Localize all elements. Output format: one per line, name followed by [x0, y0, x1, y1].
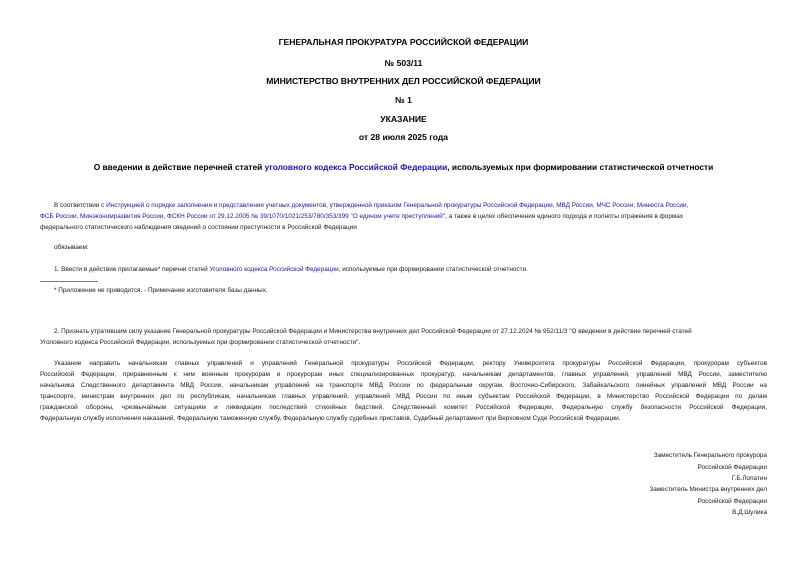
signature-position: Заместитель Министра внутренних дел — [649, 484, 767, 496]
distribution-line: Российской Федерации, приравненным к ним… — [40, 369, 767, 380]
distribution-line: гражданской обороны, чрезвычайным ситуац… — [40, 402, 767, 413]
title-criminal-code-link[interactable]: уголовного кодекса Российской Федерации — [265, 162, 448, 172]
obligate-text: обязываем: — [54, 242, 89, 253]
distribution-line: начальника Следственного департамента МВ… — [40, 380, 767, 391]
item-2-line-1: 2. Признать утратившим силу указание Ген… — [40, 326, 692, 337]
signature-name: В.Д.Шулика — [649, 507, 767, 519]
signature-org: Российской Федерации — [649, 496, 767, 508]
signature-block-ministry: Заместитель Министра внутренних дел Росс… — [649, 484, 767, 519]
title-text-post: , используемых при формировании статисти… — [447, 162, 713, 172]
item-1: 1. Ввести в действие прилагаемые* перечн… — [54, 264, 528, 275]
header-number-prosecutor: № 503/11 — [0, 58, 807, 69]
signature-org: Российской Федерации — [654, 462, 767, 474]
distribution-line: Федеральную службу исполнения наказаний,… — [40, 413, 767, 424]
header-number-ministry: № 1 — [0, 95, 807, 106]
intro-line-1: В соответствии с Инструкцией о порядке з… — [40, 200, 770, 211]
document-page: ГЕНЕРАЛЬНАЯ ПРОКУРАТУРА РОССИЙСКОЙ ФЕДЕР… — [0, 0, 807, 571]
signature-name: Г.Б.Лопатин — [654, 473, 767, 485]
instruction-link[interactable]: Инструкцией о порядке заполнения и предс… — [106, 202, 688, 209]
document-title: О введении в действие перечней статей уг… — [0, 162, 807, 173]
distribution-line: Указание направить начальникам главных у… — [40, 358, 767, 369]
item-2: 2. Признать утратившим силу указание Ген… — [40, 326, 692, 348]
document-type: УКАЗАНИЕ — [0, 114, 807, 125]
signature-position: Заместитель Генерального прокурора — [654, 450, 767, 462]
order-link[interactable]: ФСБ России, Минэкономразвития России, ФС… — [40, 213, 445, 220]
footnote-divider — [40, 281, 98, 282]
item-1-text: 1. Ввести в действие прилагаемые* перечн… — [54, 266, 209, 273]
item-1-text-post: , используемые при формировании статисти… — [339, 266, 528, 273]
criminal-code-link[interactable]: Уголовного кодекса Российской Федерации — [209, 266, 338, 273]
intro-line-2: ФСБ России, Минэкономразвития России, ФС… — [40, 211, 770, 222]
header-org-prosecutor: ГЕНЕРАЛЬНАЯ ПРОКУРАТУРА РОССИЙСКОЙ ФЕДЕР… — [0, 37, 807, 48]
title-text-pre: О введении в действие перечней статей — [94, 162, 265, 172]
signature-block-prosecutor: Заместитель Генерального прокурора Росси… — [654, 450, 767, 485]
distribution-paragraph: Указание направить начальникам главных у… — [40, 358, 767, 424]
intro-text: , а также в целях обеспечения единого по… — [445, 213, 683, 220]
intro-paragraph: В соответствии с Инструкцией о порядке з… — [40, 200, 770, 233]
document-date: от 28 июля 2025 года — [0, 132, 807, 143]
header-org-ministry: МИНИСТЕРСТВО ВНУТРЕННИХ ДЕЛ РОССИЙСКОЙ Ф… — [0, 76, 807, 87]
distribution-line: транспорте, министрам внутренних дел по … — [40, 391, 767, 402]
item-2-line-2: Уголовного кодекса Российской Федерации,… — [40, 337, 692, 348]
intro-text: В соответствии с — [54, 202, 106, 209]
footnote: * Приложение не приводится. - Примечание… — [54, 285, 268, 296]
intro-line-3: федерального статистического наблюдения … — [40, 222, 770, 233]
